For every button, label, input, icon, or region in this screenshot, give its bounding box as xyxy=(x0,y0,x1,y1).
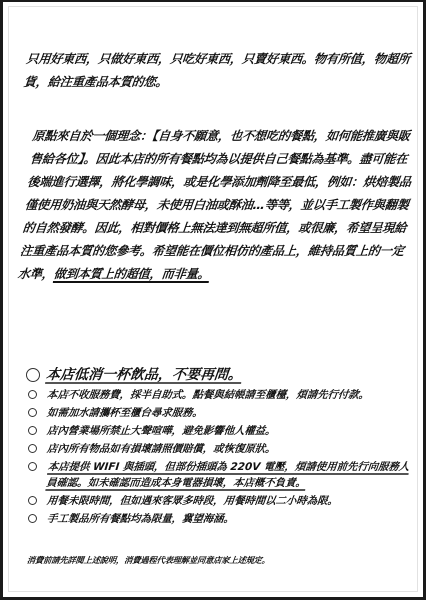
philosophy-text: 原點來自於一個理念：【自身不願意，也不想吃的餐點，如何能推廣與販售給各位】。因此… xyxy=(17,129,412,281)
rule-item-noise: 店內營業場所禁止大聲喧嘩，避免影響他人權益。 xyxy=(25,423,415,439)
rule-item-damage: 店內所有物品如有損壞請照價賠償，或恢復原狀。 xyxy=(25,441,415,457)
rule-text: 本店提供 WIFI 與插頭，但部份插頭為 220V 電壓，煩請使用前先行向服務人… xyxy=(45,459,416,491)
circle-bullet-icon xyxy=(26,368,40,382)
rule-item-wifi-power: 本店提供 WIFI 與插頭，但部份插頭為 220V 電壓，煩請使用前先行向服務人… xyxy=(25,459,415,491)
philosophy-paragraph: 原點來自於一個理念：【自身不願意，也不想吃的餐點，如何能推廣與販售給各位】。因此… xyxy=(17,125,419,286)
circle-bullet-icon xyxy=(28,462,37,471)
rule-item-service-fee: 本店不收服務費，採半自助式。點餐與結帳請至櫃檯，煩請先行付款。 xyxy=(25,387,415,403)
rule-item-minimum-charge: 本店低消一杯飲品，不要再問。 xyxy=(25,365,415,385)
notice-page: 只用好東西，只做好東西，只吃好東西，只賣好東西。物有所值，物超所貨，給注重產品本… xyxy=(0,0,426,600)
house-rules-list: 本店低消一杯飲品，不要再問。 本店不收服務費，採半自助式。點餐與結帳請至櫃檯，煩… xyxy=(25,365,415,529)
rule-text: 店內營業場所禁止大聲喧嘩，避免影響他人權益。 xyxy=(46,423,276,439)
footer-note: 消費前請先詳閱上述說明，消費過程代表理解並同意店家上述規定。 xyxy=(26,554,407,566)
intro-paragraph: 只用好東西，只做好東西，只吃好東西，只賣好東西。物有所值，物超所貨，給注重產品本… xyxy=(23,48,413,94)
rule-text: 本店不收服務費，採半自助式。點餐與結帳請至櫃檯，煩請先行付款。 xyxy=(46,387,370,403)
rule-text: 本店低消一杯飲品，不要再問。 xyxy=(45,365,243,385)
rule-text: 如需加水請攜杯至櫃台尋求服務。 xyxy=(46,405,204,421)
circle-bullet-icon xyxy=(28,444,37,453)
rule-item-time-limit: 用餐未限時間，但如遇來客眾多時段，用餐時間以二小時為限。 xyxy=(25,493,415,509)
circle-bullet-icon xyxy=(28,426,37,435)
circle-bullet-icon xyxy=(28,496,37,505)
philosophy-emphasis: 做到本質上的超值，而非量。 xyxy=(53,267,210,281)
rule-text: 手工製品所有餐點均為限量，冀望海涵。 xyxy=(46,511,235,527)
circle-bullet-icon xyxy=(28,514,37,523)
rule-item-limited-quantity: 手工製品所有餐點均為限量，冀望海涵。 xyxy=(25,511,415,527)
circle-bullet-icon xyxy=(28,408,37,417)
circle-bullet-icon xyxy=(28,390,37,399)
rule-text: 用餐未限時間，但如遇來客眾多時段，用餐時間以二小時為限。 xyxy=(46,493,339,509)
rule-item-water: 如需加水請攜杯至櫃台尋求服務。 xyxy=(25,405,415,421)
rule-text: 店內所有物品如有損壞請照價賠償，或恢復原狀。 xyxy=(46,441,276,457)
